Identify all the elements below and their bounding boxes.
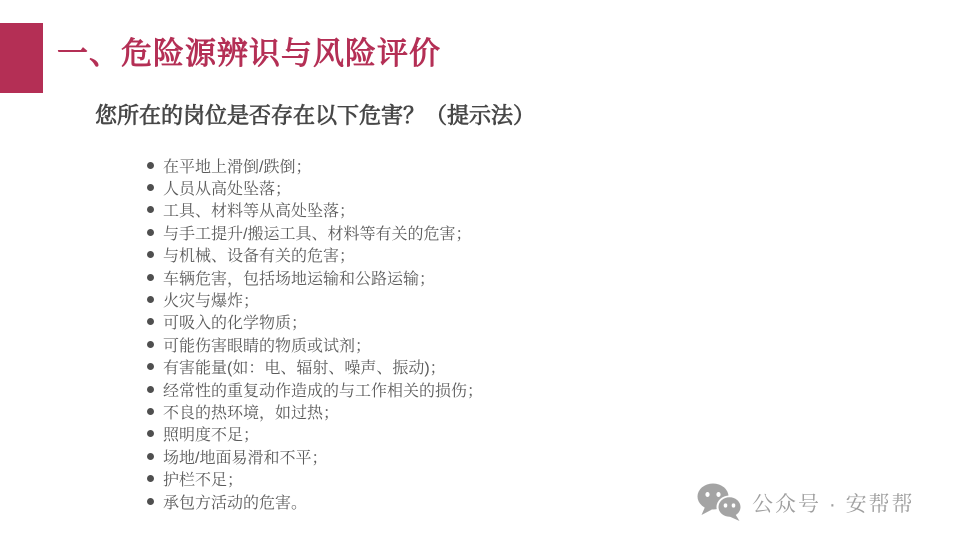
hazard-text: 车辆危害，包括场地运输和公路运输；: [163, 266, 435, 289]
hazard-list-item: 经常性的重复动作造成的与工作相关的损伤；: [147, 378, 483, 400]
bullet-icon: [147, 363, 154, 370]
bullet-icon: [147, 341, 154, 348]
bullet-icon: [147, 453, 154, 460]
hazard-text: 可能伤害眼睛的物质或试剂；: [163, 333, 371, 356]
watermark-label: 公众号 · 安帮帮: [752, 488, 915, 518]
wechat-icon: [696, 483, 743, 522]
hazard-text: 经常性的重复动作造成的与工作相关的损伤；: [163, 378, 483, 401]
hazard-text: 在平地上滑倒/跌倒；: [163, 154, 311, 177]
hazard-list-item: 可吸入的化学物质；: [147, 311, 483, 333]
hazard-text: 有害能量(如：电、辐射、噪声、振动)；: [163, 355, 446, 378]
hazard-list-item: 工具、材料等从高处坠落；: [147, 199, 483, 221]
bullet-icon: [147, 498, 154, 505]
corner-accent-square: [0, 23, 43, 93]
hazard-list-item: 不良的热环境，如过热；: [147, 400, 483, 422]
hazard-text: 不良的热环境，如过热；: [163, 400, 339, 423]
hazard-text: 承包方活动的危害。: [163, 490, 307, 513]
bullet-icon: [147, 318, 154, 325]
bullet-icon: [147, 430, 154, 437]
hazard-list-item: 火灾与爆炸；: [147, 288, 483, 310]
hazard-list-item: 有害能量(如：电、辐射、噪声、振动)；: [147, 356, 483, 378]
bullet-icon: [147, 475, 154, 482]
hazard-list-item: 承包方活动的危害。: [147, 490, 483, 512]
hazard-list-item: 护栏不足；: [147, 467, 483, 489]
watermark: 公众号 · 安帮帮: [696, 483, 915, 522]
hazard-text: 工具、材料等从高处坠落；: [163, 198, 355, 221]
bullet-icon: [147, 296, 154, 303]
bullet-icon: [147, 274, 154, 281]
hazard-text: 与手工提升/搬运工具、材料等有关的危害；: [163, 221, 471, 244]
bullet-icon: [147, 184, 154, 191]
hazard-list-item: 可能伤害眼睛的物质或试剂；: [147, 333, 483, 355]
bullet-icon: [147, 162, 154, 169]
slide-title: 一、危险源辨识与风险评价: [57, 36, 441, 72]
hazard-list-item: 在平地上滑倒/跌倒；: [147, 154, 483, 176]
hazard-list-item: 与手工提升/搬运工具、材料等有关的危害；: [147, 221, 483, 243]
hazard-list-item: 车辆危害，包括场地运输和公路运输；: [147, 266, 483, 288]
hazard-text: 与机械、设备有关的危害；: [163, 243, 355, 266]
hazard-list-item: 照明度不足；: [147, 423, 483, 445]
hazard-list-item: 场地/地面易滑和不平；: [147, 445, 483, 467]
bullet-icon: [147, 251, 154, 258]
bullet-icon: [147, 408, 154, 415]
slide: 一、危险源辨识与风险评价 您所在的岗位是否存在以下危害？（提示法） 在平地上滑倒…: [0, 0, 960, 540]
bullet-icon: [147, 229, 154, 236]
slide-subtitle: 您所在的岗位是否存在以下危害？（提示法）: [95, 101, 535, 131]
bullet-icon: [147, 386, 154, 393]
hazard-text: 可吸入的化学物质；: [163, 310, 307, 333]
hazard-list-item: 人员从高处坠落；: [147, 176, 483, 198]
bullet-icon: [147, 206, 154, 213]
hazard-list-item: 与机械、设备有关的危害；: [147, 244, 483, 266]
hazard-text: 场地/地面易滑和不平；: [163, 445, 327, 468]
hazard-list: 在平地上滑倒/跌倒； 人员从高处坠落； 工具、材料等从高处坠落； 与手工提升/搬…: [147, 154, 483, 512]
hazard-text: 火灾与爆炸；: [163, 288, 259, 311]
hazard-text: 照明度不足；: [163, 422, 259, 445]
hazard-text: 护栏不足；: [163, 467, 243, 490]
hazard-text: 人员从高处坠落；: [163, 176, 291, 199]
